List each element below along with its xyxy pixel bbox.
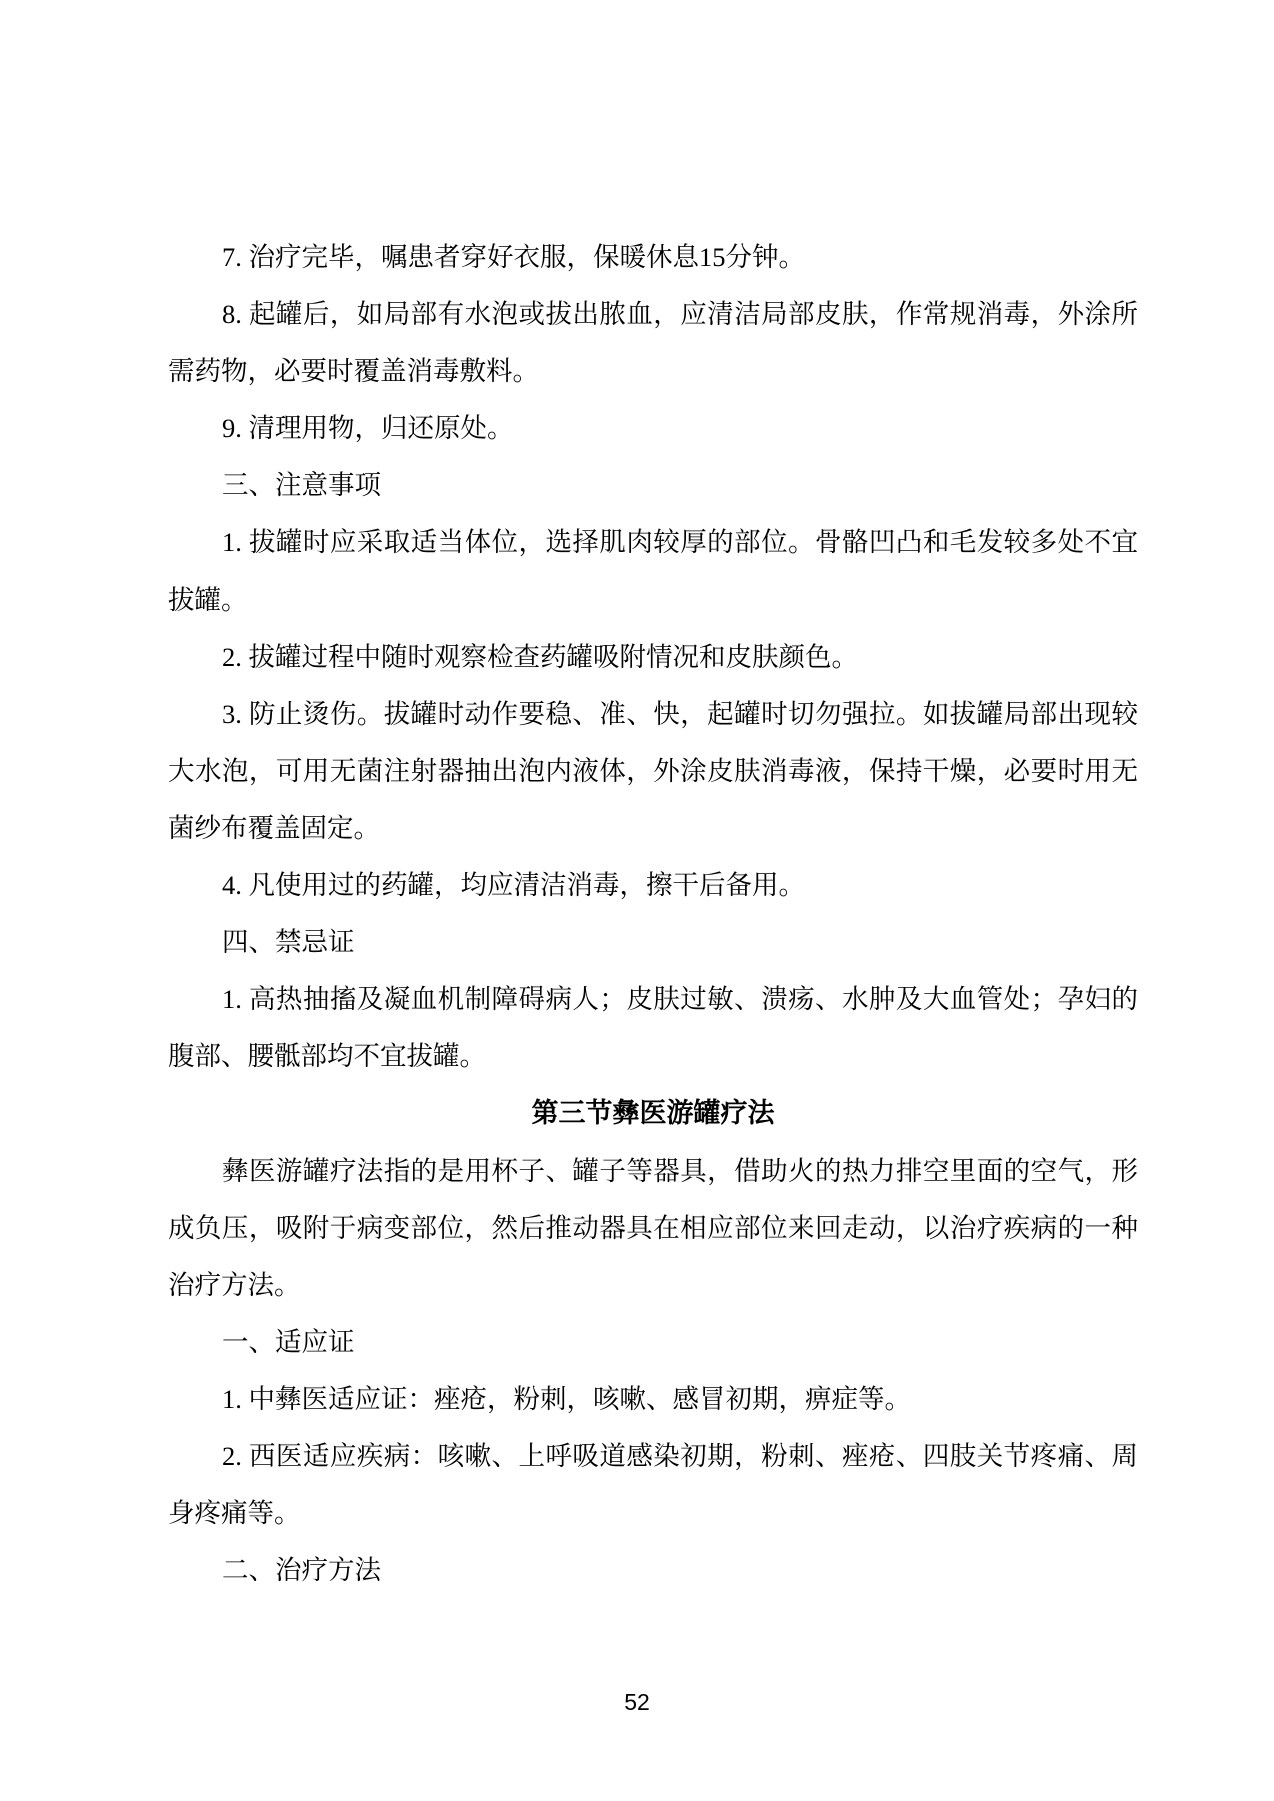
text-line: 菌纱布覆盖固定。 (168, 800, 1138, 857)
text-line: 2. 西医适应疾病：咳嗽、上呼吸道感染初期，粉刺、痤疮、四肢关节疼痛、周 (168, 1428, 1138, 1485)
text-line: 腹部、腰骶部均不宜拔罐。 (168, 1028, 1138, 1085)
text-line: 身疼痛等。 (168, 1485, 1138, 1542)
document-page: 7. 治疗完毕，嘱患者穿好衣服，保暖休息15分钟。8. 起罐后，如局部有水泡或拔… (0, 0, 1274, 1801)
text-line: 治疗方法。 (168, 1257, 1138, 1314)
text-line: 4. 凡使用过的药罐，均应清洁消毒，擦干后备用。 (168, 857, 1138, 914)
text-line: 1. 拔罐时应采取适当体位，选择肌肉较厚的部位。骨骼凹凸和毛发较多处不宜 (168, 514, 1138, 571)
text-line: 1. 高热抽搐及凝血机制障碍病人；皮肤过敏、溃疡、水肿及大血管处；孕妇的 (168, 971, 1138, 1028)
text-line: 四、禁忌证 (168, 914, 1138, 971)
text-line: 一、适应证 (168, 1314, 1138, 1371)
text-line: 三、注意事项 (168, 457, 1138, 514)
text-line: 3. 防止烫伤。拔罐时动作要稳、准、快，起罐时切勿强拉。如拔罐局部出现较 (168, 686, 1138, 743)
section-heading: 第三节彝医游罐疗法 (168, 1085, 1138, 1142)
text-line: 1. 中彝医适应证：痤疮，粉刺，咳嗽、感冒初期，痹症等。 (168, 1371, 1138, 1428)
text-line: 2. 拔罐过程中随时观察检查药罐吸附情况和皮肤颜色。 (168, 629, 1138, 686)
text-line: 7. 治疗完毕，嘱患者穿好衣服，保暖休息15分钟。 (168, 229, 1138, 286)
text-line: 拔罐。 (168, 572, 1138, 629)
text-line: 8. 起罐后，如局部有水泡或拔出脓血，应清洁局部皮肤，作常规消毒，外涂所 (168, 286, 1138, 343)
text-line: 大水泡，可用无菌注射器抽出泡内液体，外涂皮肤消毒液，保持干燥，必要时用无 (168, 743, 1138, 800)
text-line: 成负压，吸附于病变部位，然后推动器具在相应部位来回走动，以治疗疾病的一种 (168, 1200, 1138, 1257)
page-number: 52 (0, 1689, 1274, 1716)
text-line: 需药物，必要时覆盖消毒敷料。 (168, 343, 1138, 400)
text-line: 二、治疗方法 (168, 1542, 1138, 1599)
text-line: 彝医游罐疗法指的是用杯子、罐子等器具，借助火的热力排空里面的空气，形 (168, 1143, 1138, 1200)
text-block: 7. 治疗完毕，嘱患者穿好衣服，保暖休息15分钟。8. 起罐后，如局部有水泡或拔… (168, 229, 1138, 1599)
text-line: 9. 清理用物，归还原处。 (168, 400, 1138, 457)
